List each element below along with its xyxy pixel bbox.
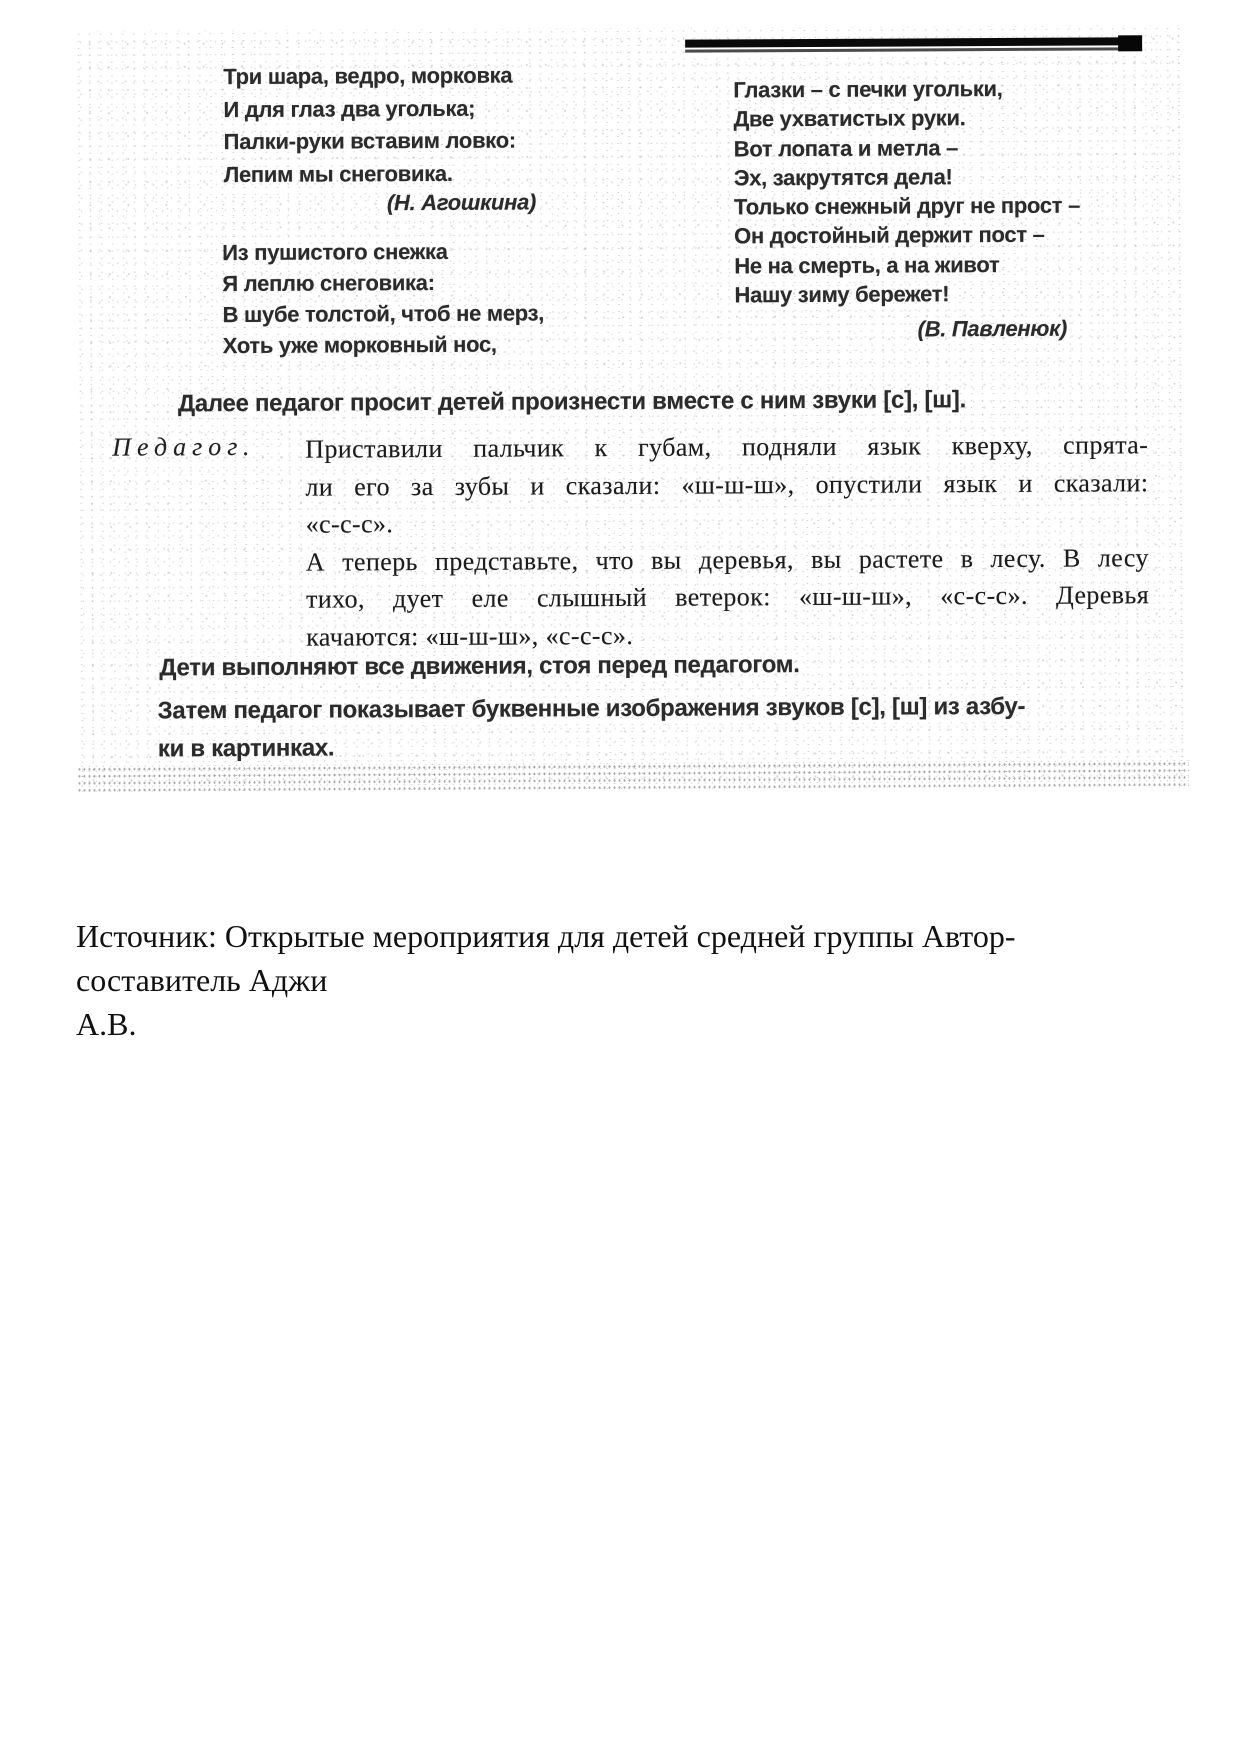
poem-line: Нашу зиму бережет! [734,279,1080,310]
scan-black-bar-end-blob [1118,35,1142,51]
source-line: А.В. [76,1002,1176,1046]
poem-line: Хоть уже морковный нос, [223,328,545,361]
poem-right-author: (В. Павленюк) [918,316,1067,343]
source-attribution: Источник: Открытые мероприятия для детей… [76,914,1176,1046]
narration-line: ки в картинках. [158,725,1103,768]
poem-left-stanza-2: Из пушистого снежкаЯ леплю снеговика:В ш… [222,235,544,361]
speech-line: Приставили пальчик к губам, подняли язык… [305,426,1148,468]
poem-left-author: (Н. Агошкина) [387,189,536,216]
document-page: Три шара, ведро, морковкаИ для глаз два … [0,0,1240,1754]
speech-line: тихо, дует еле слышный ветерок: «ш-ш-ш»,… [306,576,1149,618]
poem-line: Он достойный держит пост – [734,220,1080,251]
speech-line: «с-с-с». [306,501,1149,543]
narration-line: Затем педагог показывает буквенные изобр… [158,687,1103,730]
poem-line: В шубе толстой, чтоб не мерз, [222,297,544,330]
poem-line: Эх, закрутятся дела! [734,161,1080,192]
poem-line: Три шара, ведро, морковка [223,60,515,94]
poem-left-stanza-1: Три шара, ведро, морковкаИ для глаз два … [223,60,516,192]
speaker-label-pedagog: Педагог. [112,432,255,463]
poem-right-stanza: Глазки – с печки угольки,Две ухватистых … [733,74,1080,310]
poem-line: Не на смерть, а на живот [734,249,1080,280]
source-line: Источник: Открытые мероприятия для детей… [76,914,1176,1002]
speech-line: А теперь представьте, что вы деревья, вы… [306,539,1149,581]
teacher-speech-paragraph-1: Приставили пальчик к губам, подняли язык… [305,426,1149,543]
narration-children-movements: Дети выполняют все движения, стоя перед … [159,650,1089,683]
poem-line: Я леплю снеговика: [222,266,544,299]
poem-line: И для глаз два уголька; [223,92,515,126]
speech-line: ли его за зубы и сказали: «ш-ш-ш», опуст… [305,464,1148,506]
narration-sounds-intro: Далее педагог просит детей произнести вм… [178,385,1108,418]
poem-line: Только снежный друг не прост – [734,191,1080,222]
teacher-speech-block: Приставили пальчик к губам, подняли язык… [305,426,1149,655]
poem-line: Вот лопата и метла – [734,132,1080,163]
poem-line: Лепим мы снеговика. [224,157,516,191]
scanned-fragment: Три шара, ведро, морковкаИ для глаз два … [0,0,1240,803]
poem-line: Палки-руки вставим ловко: [224,125,516,159]
poem-line: Из пушистого снежка [222,235,544,268]
poem-line: Две ухватистых руки. [733,103,1079,134]
teacher-speech-paragraph-2: А теперь представьте, что вы деревья, вы… [306,539,1150,656]
poem-line: Глазки – с печки угольки, [733,74,1079,105]
narration-alphabet-pictures: Затем педагог показывает буквенные изобр… [158,687,1103,768]
